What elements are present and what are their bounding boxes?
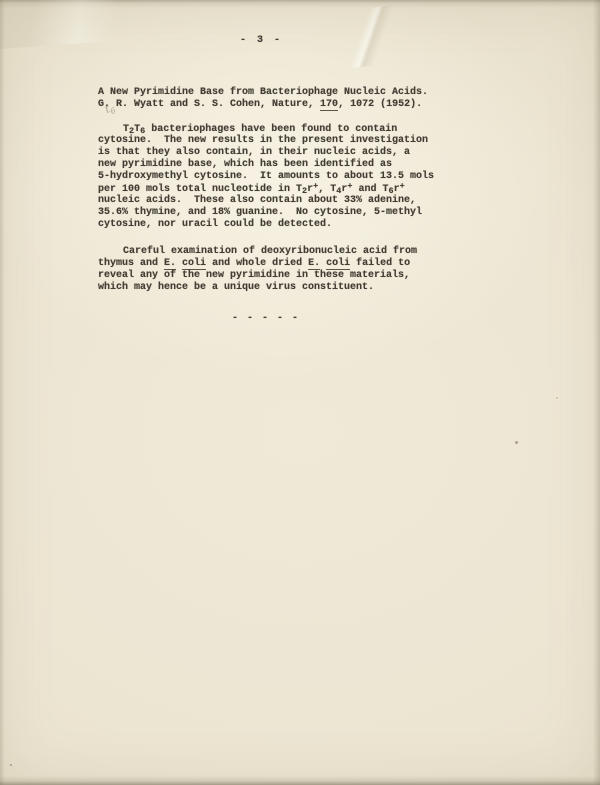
text-line: thymus and E. coli and whole dried E. co… [98, 258, 528, 270]
abstract-paragraph-1: T2T6 bacteriophages have been found to c… [98, 123, 528, 231]
paper-left-edge-shading [0, 0, 5, 785]
text-segment: and T [353, 184, 389, 195]
superscript: + [400, 181, 405, 191]
scanned-document-page: - 3 - t6 A New Pyrimidine Base from Bact… [0, 0, 600, 785]
reference-title: A New Pyrimidine Base from Bacteriophage… [98, 87, 528, 99]
paper-crease [297, 1, 442, 73]
text-segment: , T [318, 184, 336, 195]
separator-dashes: - - - - - [232, 313, 528, 325]
underlined-text: coli [326, 258, 350, 270]
reference-authors: G. R. Wyatt and S. S. Cohen, Nature, 170… [98, 99, 528, 111]
text-line: new pyrimidine base, which has been iden… [98, 159, 528, 171]
reference-citation: A New Pyrimidine Base from Bacteriophage… [98, 87, 528, 111]
page-number: - 3 - [240, 35, 283, 46]
text-segment: bacteriophages have been found to contai… [145, 124, 397, 135]
text-line: 35.6% thymine, and 18% guanine. No cytos… [98, 207, 528, 219]
underlined-text: E. [164, 258, 176, 270]
text-line: per 100 mols total nucleotide in T2r+, T… [98, 183, 528, 195]
text-segment: thymus and [98, 258, 164, 269]
text-segment: failed to [350, 258, 410, 269]
text-segment: G. R. Wyatt and S. S. Cohen, Nature, [98, 99, 320, 110]
abstract-paragraph-2: Careful examination of deoxyribonucleic … [98, 246, 528, 294]
text-segment: , 1072 (1952). [338, 99, 422, 110]
subscript: 4 [336, 186, 341, 196]
text-column: A New Pyrimidine Base from Bacteriophage… [98, 87, 528, 325]
paper-right-edge-shading [593, 0, 600, 785]
paper-crease [0, 0, 162, 50]
text-line: which may hence be a unique virus consti… [98, 282, 528, 294]
underlined-text: E. [308, 258, 320, 270]
text-segment: per 100 mols total nucleotide in T [98, 184, 302, 195]
text-segment: and whole dried [206, 258, 308, 269]
paper-speck [515, 441, 518, 444]
text-line: T2T6 bacteriophages have been found to c… [98, 123, 528, 135]
text-segment: r [394, 184, 400, 195]
text-line: reveal any of the new pyrimidine in thes… [98, 270, 528, 282]
volume-number-underlined: 170 [320, 99, 338, 111]
text-line: Careful examination of deoxyribonucleic … [98, 246, 528, 258]
paper-bottom-edge-shading [0, 776, 600, 785]
superscript: + [347, 181, 352, 191]
superscript: + [313, 181, 318, 191]
text-line: nucleic acids. These also contain about … [98, 195, 528, 207]
underlined-text: coli [182, 258, 206, 270]
paper-speck [10, 764, 12, 766]
subscript: 2 [129, 126, 134, 136]
paper-speck [556, 397, 558, 399]
subscript: 6 [140, 126, 145, 136]
text-line: cytosine. The new results in the present… [98, 135, 528, 147]
text-line: cytosine, nor uracil could be detected. [98, 219, 528, 231]
subscript: 6 [389, 186, 394, 196]
text-line: is that they also contain, in their nucl… [98, 147, 528, 159]
subscript: 2 [302, 186, 307, 196]
